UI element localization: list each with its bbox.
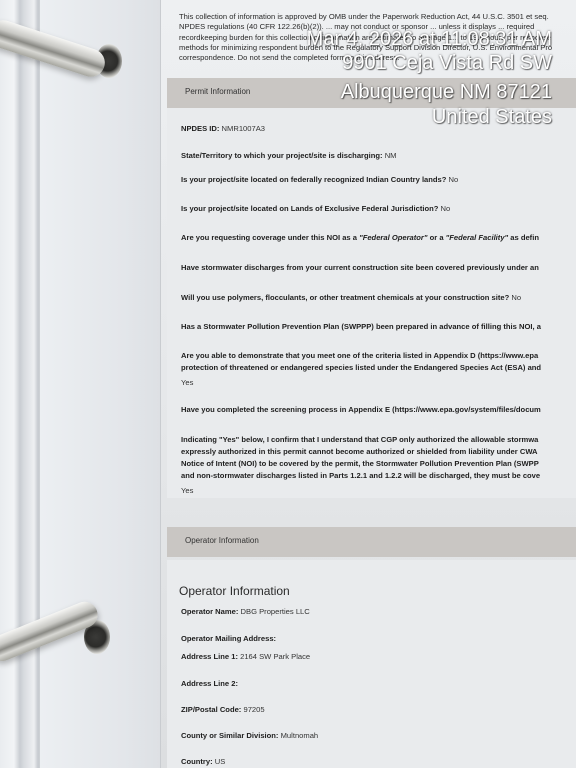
- field-label: Indicating "Yes" below, I confirm that I…: [181, 435, 538, 444]
- operator-information-header: Operator Information: [167, 527, 576, 557]
- federal-jurisdiction-value: No: [441, 204, 451, 213]
- indian-country-field: Is your project/site located on federall…: [181, 175, 576, 184]
- field-label: Operator Mailing Address:: [181, 634, 276, 643]
- certification-line: Indicating "Yes" below, I confirm that I…: [181, 435, 576, 444]
- federal-operator-term[interactable]: "Federal Operator": [359, 233, 427, 242]
- field-label: Are you requesting coverage under this N…: [181, 233, 359, 242]
- operator-name-field: Operator Name: DBG Properties LLC: [181, 607, 576, 616]
- address-line1-value: 2164 SW Park Place: [240, 652, 310, 661]
- npdes-id-value: NMR1007A3: [222, 124, 265, 133]
- section-header-label: Operator Information: [185, 536, 259, 545]
- federal-jurisdiction-field: Is your project/site located on Lands of…: [181, 204, 576, 213]
- operator-info-title: Operator Information: [179, 584, 290, 598]
- field-label: and non-stormwater discharges listed in …: [181, 471, 540, 480]
- field-label: Has a Stormwater Pollution Prevention Pl…: [181, 322, 541, 331]
- field-label: Will you use polymers, flocculants, or o…: [181, 293, 509, 302]
- operator-name-value: DBG Properties LLC: [241, 607, 310, 616]
- mailing-address-label: Operator Mailing Address:: [181, 634, 576, 643]
- field-label: Country:: [181, 757, 213, 766]
- field-label: as defin: [508, 233, 539, 242]
- field-label: Have you completed the screening process…: [181, 405, 541, 414]
- treatment-chemicals-value: No: [511, 293, 521, 302]
- photo-country-overlay: United States: [432, 106, 552, 129]
- photo-city-overlay: Albuquerque NM 87121: [341, 81, 552, 104]
- state-value: NM: [385, 151, 397, 160]
- field-label: ZIP/Postal Code:: [181, 705, 241, 714]
- country-value: US: [215, 757, 226, 766]
- field-label: State/Territory to which your project/si…: [181, 151, 383, 160]
- certification-value: Yes: [181, 486, 193, 495]
- treatment-chemicals-field: Will you use polymers, flocculants, or o…: [181, 293, 576, 302]
- field-label: Have stormwater discharges from your cur…: [181, 263, 539, 272]
- field-label: Address Line 1:: [181, 652, 238, 661]
- address-line1-field: Address Line 1: 2164 SW Park Place: [181, 652, 576, 661]
- country-field: Country: US: [181, 757, 576, 766]
- swppp-field: Has a Stormwater Pollution Prevention Pl…: [181, 322, 576, 331]
- federal-operator-field: Are you requesting coverage under this N…: [181, 233, 576, 242]
- certification-line: expressly authorized in this permit cann…: [181, 447, 576, 456]
- certification-line: Notice of Intent (NOI) to be covered by …: [181, 459, 576, 468]
- field-label: Operator Name:: [181, 607, 238, 616]
- field-label: Is your project/site located on Lands of…: [181, 204, 438, 213]
- appendix-d-value: Yes: [181, 378, 193, 387]
- zip-value: 97205: [243, 705, 264, 714]
- county-value: Multnomah: [281, 731, 319, 740]
- field-label: County or Similar Division:: [181, 731, 278, 740]
- section-header-label: Permit Information: [185, 87, 250, 96]
- appendix-d-field: Are you able to demonstrate that you mee…: [181, 351, 576, 360]
- notice-line: This collection of information is approv…: [179, 12, 576, 22]
- indian-country-value: No: [449, 175, 459, 184]
- certification-line: and non-stormwater discharges listed in …: [181, 471, 576, 480]
- field-label: NPDES ID:: [181, 124, 219, 133]
- zip-field: ZIP/Postal Code: 97205: [181, 705, 576, 714]
- back-page: [40, 0, 180, 768]
- appendix-d-field-cont: protection of threatened or endangered s…: [181, 363, 576, 372]
- field-label: Are you able to demonstrate that you mee…: [181, 351, 538, 360]
- photo-timestamp-overlay: Mar 4, 2026 at 11:08:31 AM: [307, 28, 552, 51]
- field-label: or a: [428, 233, 446, 242]
- field-label: expressly authorized in this permit cann…: [181, 447, 538, 456]
- photo-street-overlay: 9901 Ceja Vista Rd SW: [342, 52, 552, 75]
- federal-facility-term[interactable]: "Federal Facility": [446, 233, 509, 242]
- field-label: protection of threatened or endangered s…: [181, 363, 541, 372]
- address-line2-field: Address Line 2:: [181, 679, 576, 688]
- field-label: Address Line 2:: [181, 679, 238, 688]
- field-label: Is your project/site located on federall…: [181, 175, 446, 184]
- appendix-e-field: Have you completed the screening process…: [181, 405, 576, 414]
- state-territory-field: State/Territory to which your project/si…: [181, 151, 576, 160]
- county-field: County or Similar Division: Multnomah: [181, 731, 576, 740]
- field-label: Notice of Intent (NOI) to be covered by …: [181, 459, 539, 468]
- previous-coverage-field: Have stormwater discharges from your cur…: [181, 263, 576, 272]
